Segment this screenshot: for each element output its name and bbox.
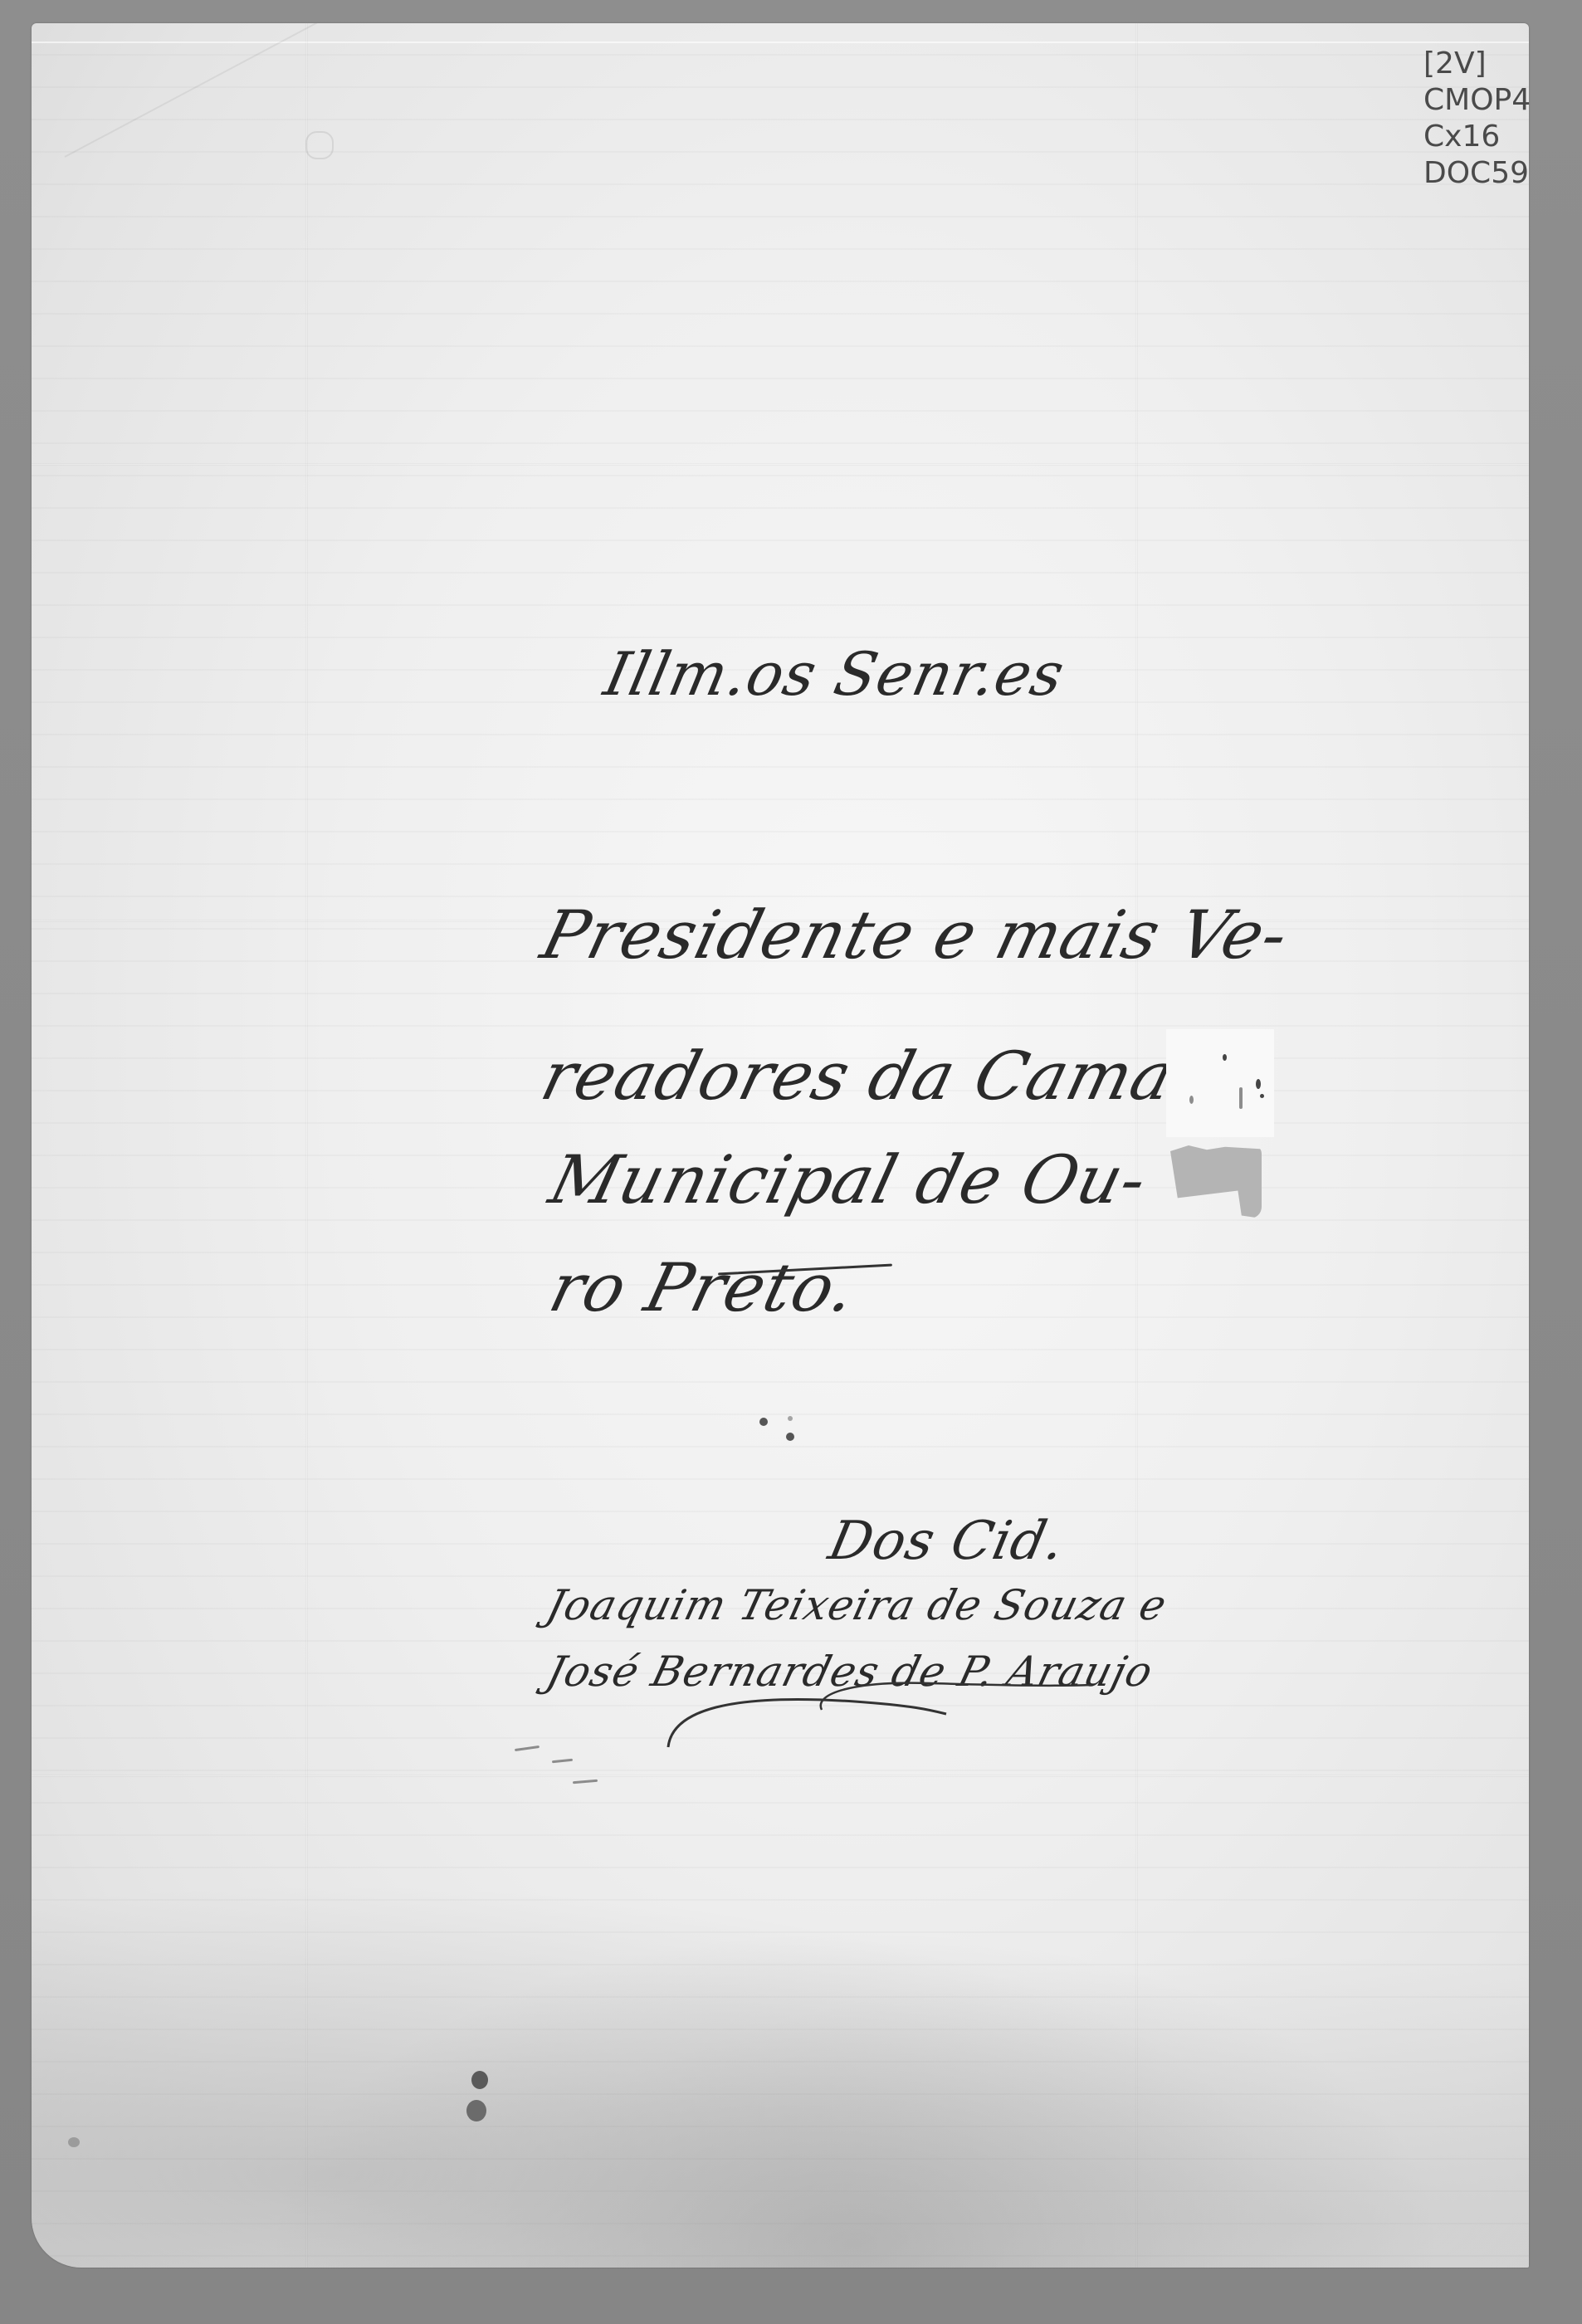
archive-ref-fund: CMOP4 bbox=[1423, 82, 1531, 119]
ink-fleck bbox=[1260, 1094, 1264, 1098]
addressee-line-2: readores da Camara bbox=[534, 1037, 1255, 1115]
faint-ink-mark bbox=[305, 131, 334, 159]
ink-fleck bbox=[1223, 1054, 1227, 1061]
ink-dot bbox=[786, 1433, 794, 1441]
archive-ref-folio: [2V] bbox=[1423, 46, 1531, 82]
fold-crease-horizontal bbox=[32, 1775, 1529, 1777]
addressee-line-1: Presidente e mais Ve- bbox=[534, 896, 1296, 974]
paper-top-edge-line bbox=[32, 41, 1529, 43]
addressee-line-4: ro Preto. bbox=[542, 1249, 864, 1326]
salutation: Illm.os Senr.es bbox=[598, 639, 1071, 709]
stain-spot bbox=[68, 2137, 80, 2147]
archive-ref-doc: DOC59 bbox=[1423, 155, 1531, 192]
addressee-line-3: Municipal de Ou- bbox=[542, 1141, 1155, 1218]
ink-fleck bbox=[1189, 1096, 1194, 1104]
archive-reference-note: [2V] CMOP4 Cx16 DOC59 bbox=[1423, 46, 1531, 192]
ink-spot bbox=[471, 2071, 488, 2089]
ink-dot bbox=[788, 1416, 793, 1421]
fold-crease-horizontal bbox=[32, 463, 1529, 466]
ink-spot bbox=[466, 2100, 486, 2121]
ink-dots bbox=[751, 1411, 801, 1444]
ink-fleck bbox=[1239, 1087, 1243, 1109]
ink-dot bbox=[759, 1418, 768, 1426]
water-stain bbox=[32, 1803, 1529, 2268]
signoff: Dos Cid. bbox=[823, 1511, 1071, 1572]
seal-remnant-area bbox=[1166, 1029, 1274, 1137]
signature-flourish bbox=[664, 1677, 1096, 1751]
ink-fleck bbox=[1256, 1079, 1261, 1089]
signer-1: Joaquim Teixeira de Souza e bbox=[542, 1581, 1172, 1629]
archive-ref-box: Cx16 bbox=[1423, 119, 1531, 155]
